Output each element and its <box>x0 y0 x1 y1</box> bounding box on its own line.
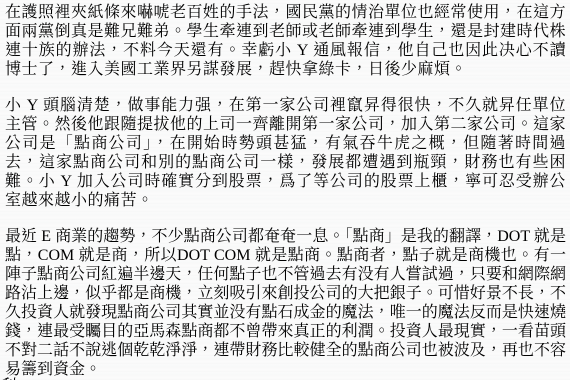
document-page: 在護照裡夾紙條來嚇唬老百姓的手法，國民黨的情治單位也經常使用，在這方面兩黨倒真是… <box>0 0 570 380</box>
paragraph-little-y-career: 小 Y 頭腦清楚，做事能力强，在第一家公司裡竄昇得很快，不久就昇任單位主管。然後… <box>5 96 566 210</box>
paragraph-dotcom-trend: 最近 E 商業的趨勢，不少點商公司都奄奄一息。「點商」是我的翻譯，DOT 就是點… <box>5 227 566 379</box>
paragraph-passport-notes: 在護照裡夾紙條來嚇唬老百姓的手法，國民黨的情治單位也經常使用，在這方面兩黨倒真是… <box>5 3 566 79</box>
